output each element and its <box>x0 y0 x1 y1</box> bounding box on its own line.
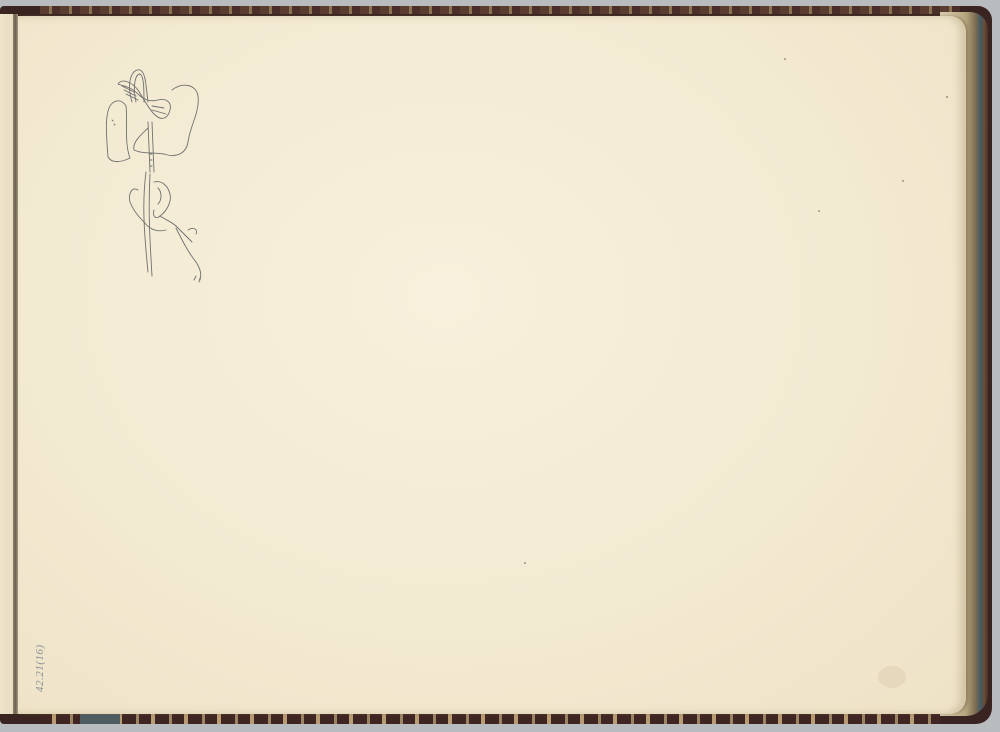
paper-speck <box>902 180 904 182</box>
paper-stain <box>878 666 906 688</box>
paper-speck <box>784 58 786 60</box>
catalog-number: 42.21(16) <box>34 644 46 692</box>
cover-top-edge <box>40 6 960 14</box>
paper-speck <box>524 562 526 564</box>
paper-speck <box>946 96 948 98</box>
pencil-sketch-icon <box>92 62 218 298</box>
cover-bottom-edge <box>40 714 940 724</box>
paper-speck <box>818 210 820 212</box>
